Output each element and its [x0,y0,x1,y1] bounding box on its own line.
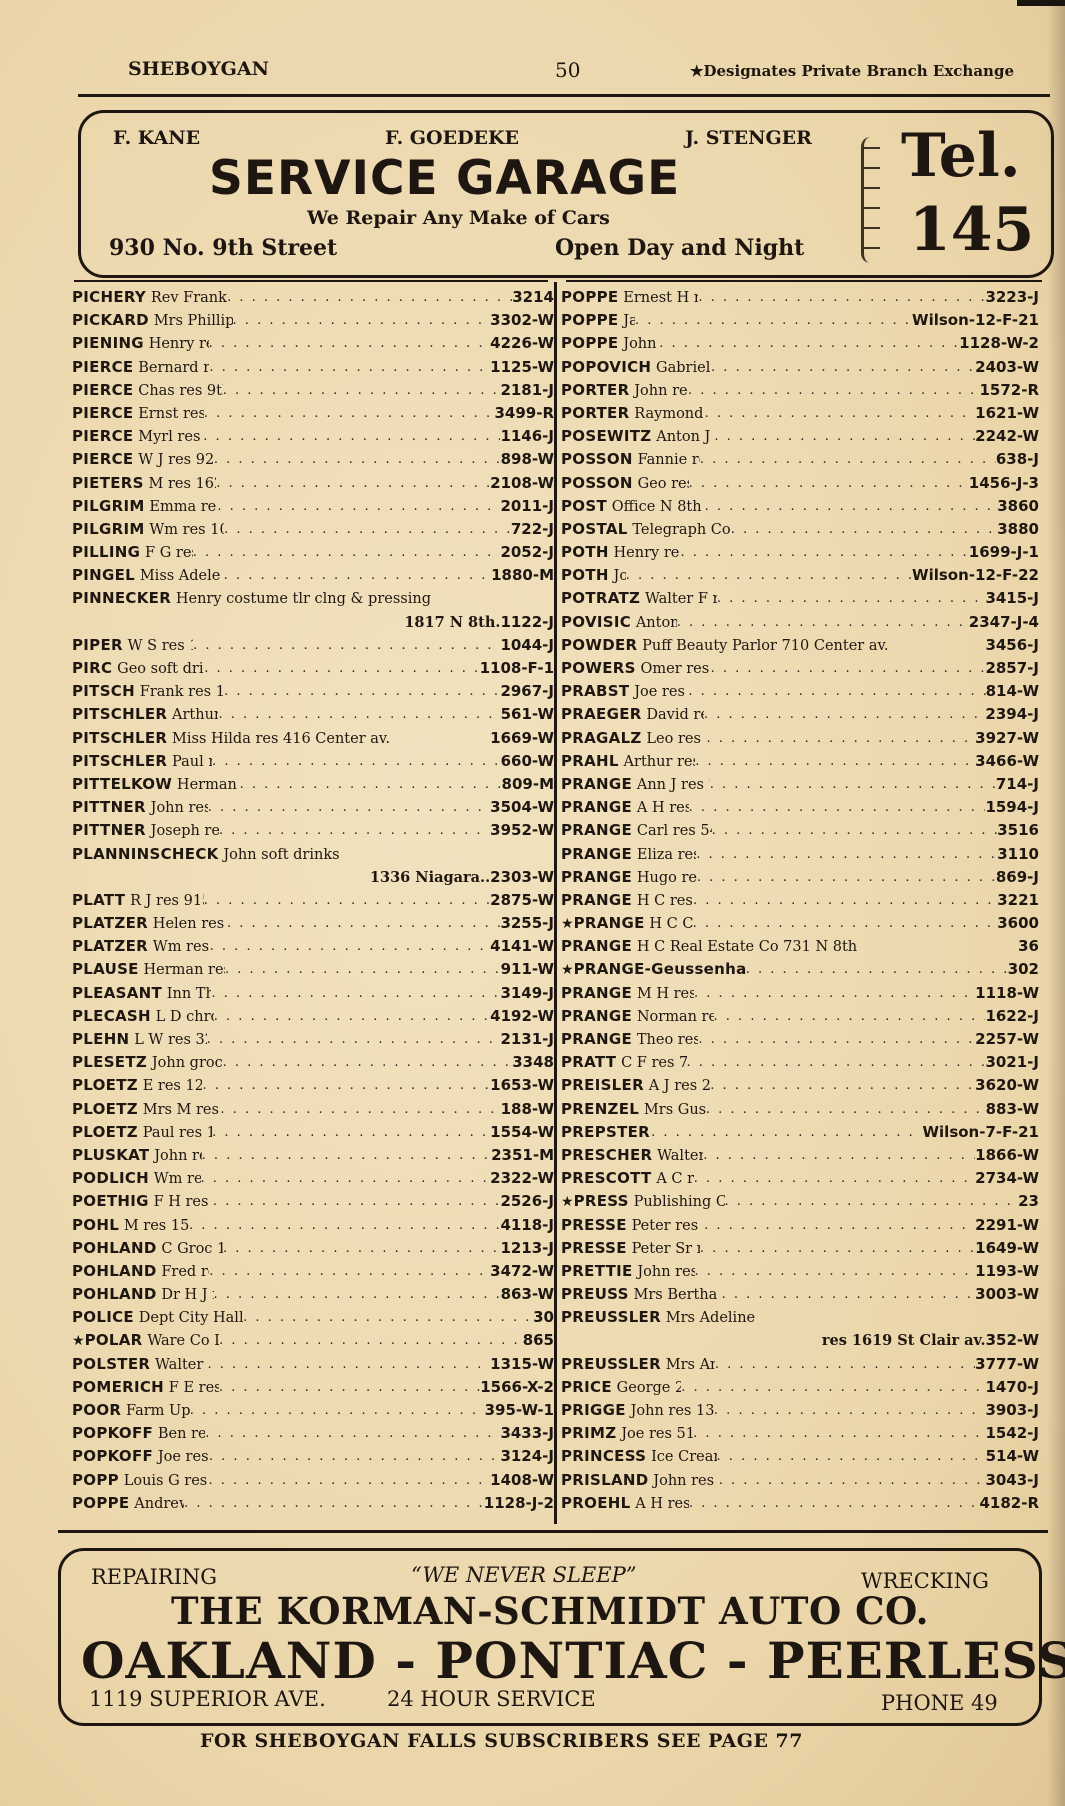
listing-entry: PRANGE H C res 617 Erie av3221 [561,889,1039,912]
entry-surname: PRANGE [561,798,632,816]
leader-dots [216,472,490,495]
entry-text: PRANGE Hugo res 1526 N 7th [561,866,697,889]
entry-surname: PREPSTER [561,1123,650,1141]
leader-dots [224,518,511,541]
entry-surname: PRAGALZ [561,729,642,747]
entry-text: POTH Henry res 2714 S 8th [561,541,680,564]
entry-details: John res 526 Huron av [151,800,208,816]
entry-details: Peter res 1625 Alabama av [632,1218,705,1234]
entry-text: PRETTIE John res 1627 Main av [561,1260,695,1283]
entry-surname: PRANGE [561,1007,632,1025]
leader-dots [223,379,501,402]
listing-entry: PLANNINSCHECK John soft drinks [72,843,554,866]
listing-entry: POSTAL Telegraph Co 810 Pennsylvania av3… [561,518,1039,541]
entry-details: Leo res N 8th & Grand av [646,731,706,747]
listing-entry: PLATT R J res 915 Michigan av2875-W [72,889,554,912]
entry-text: PIPER W S res 1110 N 4th [72,634,193,657]
entry-details: Gabriel res 1529 John's Ct [656,360,711,376]
listing-entry: PLATZER Wm res 819 Lincoln av4141-W [72,935,554,958]
entry-details: Louis G res 1406 Marie Ct [124,1473,209,1489]
entry-details: John res 1304 Los Angeles av [631,1403,714,1419]
listing-entry: POPKOFF Ben res 2314 N 7th3433-J [72,1422,554,1445]
entry-surname: PIPER [72,636,123,654]
entry-details: David res 915½ Erie av [646,707,704,723]
entry-surname: PRENZEL [561,1100,639,1118]
leader-dots [705,495,998,518]
entry-text: PRANGE H C res 617 Erie av [561,889,693,912]
entry-details: Eliza res 605 Erie av [637,847,696,863]
entry-details: W S res 1110 N 4th [128,638,193,654]
listing-entry: PROEHL A H res 1418 S 17th4182-R [561,1492,1039,1515]
entry-text: ★POLAR Ware Co Lake Shore rd [72,1329,219,1352]
listing-entry: PREISLER A J res 2218 Lake Shore dr3620-… [561,1074,1039,1097]
entry-phone: 3903-J [985,1399,1039,1422]
entry-surname: POTH [561,543,609,561]
listing-entry: POPP Louis G res 1406 Marie Ct1408-W [72,1469,554,1492]
pbx-legend: ★Designates Private Branch Exchange [690,62,1014,80]
entry-phone: 1699-J-1 [969,541,1039,564]
leader-dots [193,634,500,657]
entry-surname: POPKOFF [72,1447,153,1465]
leader-dots [207,1353,490,1376]
entry-text: PLUSKAT John res 2211 S 9th [72,1144,202,1167]
listing-entry: PITTNER John res 526 Huron av3504-W [72,796,554,819]
leader-dots [224,680,500,703]
entry-phone: 4118-J [500,1214,554,1237]
listing-entry: PRANGE Carl res 54 No Point drive3516 [561,819,1039,842]
entry-text: PLEASANT Inn The 1307 S 13th [72,982,211,1005]
listing-entry: POPPE Ernest H res 1529 N 9th3223-J [561,286,1039,309]
listing-entry: POMERICH F E res 1136 Michigan av1566-X-… [72,1376,554,1399]
leader-dots [693,889,997,912]
entry-text: POETHIG F H res 820 Lincoln av [72,1190,213,1213]
entry-surname: PLANNINSCHECK [72,845,219,863]
entry-text: PINNECKER Henry costume tlr clng & press… [72,587,431,610]
leader-dots [214,1005,490,1028]
entry-text: PRANGE Eliza res 605 Erie av [561,843,696,866]
listing-entry: PLUSKAT John res 2211 S 9th2351-M [72,1144,554,1167]
entry-phone: 3302-W [490,309,554,332]
entry-phone: 2967-J [500,680,554,703]
entry-details: res 1619 St Clair av. [822,1329,986,1352]
entry-phone: 1542-J [985,1422,1039,1445]
listing-entry: POPPE John res S 9th1128-W-2 [561,332,1039,355]
entry-phone: 3860 [997,495,1039,518]
leader-dots [695,1260,976,1283]
leader-dots [705,402,976,425]
listing-entry: POPPE Andrew res S 9th1128-J-2 [72,1492,554,1515]
entry-phone: 1213-J [500,1237,554,1260]
ad-address: 930 No. 9th Street [109,235,337,261]
entry-text: PRESCHER Walter res 2010 S 13th [561,1144,703,1167]
listing-entry: ★PRESS Publishing Co 702 Center av23 [561,1190,1039,1213]
listing-entry: PRANGE Ann J res 733 National av714-J [561,773,1039,796]
entry-phone: 3003-W [975,1283,1039,1306]
leader-dots [714,1399,986,1422]
entry-details: C Groc 1021 Michigan av [161,1241,223,1257]
listing-entry: PRISLAND John res 1034 Dillingham av3043… [561,1469,1039,1492]
listing-bottom-rule [58,1530,1048,1533]
entry-details: Mrs Gust res 718 S 14th [644,1102,706,1118]
entry-details: L W res 327 Ontario av [134,1032,206,1048]
entry-details: A J res 2218 Lake Shore dr [649,1078,711,1094]
leader-dots [207,1028,501,1051]
partner-name: J. STENGER [685,127,812,149]
entry-text: PODLICH Wm res 1902 N 8th [72,1167,201,1190]
entry-text: POSTAL Telegraph Co 810 Pennsylvania av [561,518,731,541]
city-name: SHEBOYGAN [128,58,269,80]
listing-entry: PRANGE M H res 524 Huron av1118-W [561,982,1039,1005]
listing-entry: PRETTIE John res 1627 Main av1193-W [561,1260,1039,1283]
entry-details: Dr H J res 1515 N 6th [161,1287,213,1303]
leader-dots [218,703,500,726]
entry-details: A H res 1418 S 17th [635,1496,689,1512]
entry-details: Ben res 2314 N 7th [158,1426,205,1442]
entry-surname: PRESCHER [561,1146,652,1164]
entry-surname: PREISLER [561,1076,644,1094]
entry-phone: 2734-W [975,1167,1039,1190]
listing-entry: PITTNER Joseph res 522 Clement av3952-W [72,819,554,842]
entry-phone: 3255-J [500,912,554,935]
page-edge-shadow [1047,0,1065,1806]
entry-surname: PORTER [561,381,629,399]
entry-surname: PIERCE [72,358,133,376]
entry-text: POPPE Andrew res S 9th [72,1492,184,1515]
entry-details: Fannie res 2228 S 8th [638,452,700,468]
entry-phone: 4182-R [979,1492,1039,1515]
entry-details: Miss Adele C res 2110 N 15th [140,568,224,584]
entry-phone: 1315-W [490,1353,554,1376]
listing-entry: POHL M res 1519 N 11th4118-J [72,1214,554,1237]
entry-details: Publishing Co 702 Center av [634,1194,725,1210]
leader-dots [202,1074,490,1097]
entry-surname: PIRC [72,659,112,677]
entry-details: John res 1627 Main av [637,1264,694,1280]
entry-details: Farm Upper Falls rd [126,1403,190,1419]
leader-dots [224,564,491,587]
listing-entry: PRESCHER Walter res 2010 S 13th1866-W [561,1144,1039,1167]
entry-text: PRANGE A H res 1415 N 6th [561,796,689,819]
entry-phone: 660-W [501,750,554,773]
listing-entry: POHLAND Fred res 1711 N 12th3472-W [72,1260,554,1283]
listing-entry: PLAUSE Herman res 1116 Ontario av911-W [72,958,554,981]
entry-text: PITSCHLER Paul res 915 N 10th [72,750,212,773]
entry-surname: POTRATZ [561,589,640,607]
entry-text: POPKOFF Joe res 1229 Bluff av [72,1445,209,1468]
leader-dots [711,356,975,379]
listing-entry: PITSCHLER Paul res 915 N 10th660-W [72,750,554,773]
listing-entry: PILLING F G res 7 N 22nd2052-J [72,541,554,564]
listing-entry: PRANGE A H res 1415 N 6th1594-J [561,796,1039,819]
entry-phone: 1122-J [500,611,554,634]
entry-text: PRANGE Theo res 1528 Sibley Ct [561,1028,698,1051]
leader-dots [706,1098,986,1121]
entry-text: PREUSS Mrs Bertha res 1217 Mallmann ct [561,1283,722,1306]
entry-surname: POVISIC [561,613,631,631]
entry-text: PRIGGE John res 1304 Los Angeles av [561,1399,714,1422]
entry-surname: PLATZER [72,914,148,932]
entry-text: PIERCE Ernst res 1130 N 14th [72,402,204,425]
listing-entry: PRENZEL Mrs Gust res 718 S 14th883-W [561,1098,1039,1121]
ad-tel-label: Tel. [901,121,1021,191]
entry-surname: PIERCE [72,404,133,422]
leader-dots [340,843,554,866]
entry-text: PREUSSLER Mrs Adeline [561,1306,755,1329]
entry-details: M res 1519 N 11th [124,1218,189,1234]
entry-text: PINGEL Miss Adele C res 2110 N 15th [72,564,224,587]
listing-entry: PRESCOTT A C res 103 Lake ct2734-W [561,1167,1039,1190]
entry-text: PLAUSE Herman res 1116 Ontario av [72,958,225,981]
entry-phone: 1653-W [490,1074,554,1097]
entry-text: PITSCHLER Miss Hilda res 416 Center av. [72,727,390,750]
entry-text: PRATT C F res 704 Geele av [561,1051,687,1074]
entry-surname: PIENING [72,334,144,352]
ad-business-name: SERVICE GARAGE [209,151,680,206]
footer-note: FOR SHEBOYGAN FALLS SUBSCRIBERS SEE PAGE… [200,1730,900,1752]
listing-entry: POSSON Geo res Pigeon River1456-J-3 [561,472,1039,495]
entry-phone: 1193-W [975,1260,1039,1283]
entry-text: PICKARD Mrs Phillip res 717 Michigan av [72,309,233,332]
leader-dots [209,356,490,379]
entry-phone: 1456-J-3 [969,472,1039,495]
listing-column-right: POPPE Ernest H res 1529 N 9th3223-JPOPPE… [554,282,1039,1524]
entry-phone: 3472-W [490,1260,554,1283]
entry-details: Walter res 1303 S 7th [155,1357,207,1373]
entry-details: H C res 617 Erie av [637,893,693,909]
entry-text: POWERS Omer res 1118 Oakland av [561,657,711,680]
entry-details: W J res 920 Wisconsin av [138,452,214,468]
listing-entry: PRABST Joe res 1303 S 10th814-W [561,680,1039,703]
leader-dots [184,1492,484,1515]
leader-dots [203,425,500,448]
entry-phone: 1044-J [500,634,554,657]
entry-text: PRAHL Arthur res 1621 Main av [561,750,695,773]
entry-phone: 395-W-1 [485,1399,554,1422]
entry-details: Telegraph Co 810 Pennsylvania av [632,522,730,538]
leader-dots [635,309,912,332]
entry-details: Geo soft drinks Calumet dr [117,661,204,677]
entry-phone: 883-W [986,1098,1039,1121]
partner-name: F. KANE [113,127,200,149]
entry-text: POHL M res 1519 N 11th [72,1214,189,1237]
entry-phone: 3124-J [500,1445,554,1468]
ad-address: 1119 SUPERIOR AVE. [89,1687,326,1711]
leader-dots [219,819,490,842]
entry-text: POPKOFF Ben res 2314 N 7th [72,1422,205,1445]
leader-dots [208,796,490,819]
listing-entry: PRINCESS Ice Cream Parlor 514 N 8th514-W [561,1445,1039,1468]
entry-surname: PITTNER [72,798,146,816]
entry-surname: PRINCESS [561,1447,646,1465]
ad-hours: Open Day and Night [555,235,804,261]
entry-phone: 809-M [502,773,554,796]
entry-surname: PITSCH [72,682,135,700]
leader-dots [697,866,996,889]
entry-text: POPPE John res S 9th [561,332,659,355]
leader-dots [214,1283,501,1306]
ornament-divider-icon [861,137,880,263]
leader-dots [211,982,500,1005]
entry-phone: 2257-W [975,1028,1039,1051]
entry-surname: POPP [72,1471,119,1489]
entry-details: Myrl res 910 Swift av [138,429,203,445]
entry-details: Henry costume tlr clng & pressing [176,591,431,607]
entry-phone: 2131-J [500,1028,554,1051]
entry-text: PREPSTER Henry R 4 [561,1121,651,1144]
leader-dots [201,1167,491,1190]
entry-phone: 3952-W [490,819,554,842]
entry-phone: 3223-J [985,286,1039,309]
entry-details: F E res 1136 Michigan av [169,1380,219,1396]
entry-details: Dept City Hall 9th & Centter av [139,1310,243,1326]
listing-entry: PILGRIM Emma res 1008 Geele av2011-J [72,495,554,518]
leader-dots [695,750,975,773]
leader-dots [689,796,986,819]
entry-surname: POHLAND [72,1239,157,1257]
entry-phone: 2291-W [975,1214,1039,1237]
entry-phone: 1146-J [500,425,554,448]
listing-entry: POTH Henry res 2714 S 8th1699-J-1 [561,541,1039,564]
entry-phone: 2857-J [985,657,1039,680]
entry-phone: 898-W [501,448,554,471]
entry-surname: PROEHL [561,1494,630,1512]
listing-entry: PLESETZ John groc 809 Indiana av3348 [72,1051,554,1074]
leader-dots [711,657,986,680]
korman-schmidt-ad: REPAIRING “WE NEVER SLEEP” WRECKING THE … [58,1548,1042,1726]
entry-phone: 2242-W [975,425,1039,448]
listing-entry: PLOETZ Mrs M res 626 Superior av188-W [72,1098,554,1121]
leader-dots [857,935,1018,958]
leader-dots [715,1353,975,1376]
entry-text: PLOETZ E res 1242 Lincoln av [72,1074,202,1097]
entry-surname: PINGEL [72,566,135,584]
listing-entry: PIETERS M res 1624 Cambridge av2108-W [72,472,554,495]
entry-phone: 3021-J [985,1051,1039,1074]
entry-phone: 3221 [997,889,1039,912]
leader-dots [209,1445,501,1468]
entry-details: Joe res 1303 S 10th [634,684,688,700]
entry-details: Henry res 2714 S 8th [614,545,681,561]
entry-surname: PLAUSE [72,960,139,978]
leader-dots [217,495,500,518]
leader-dots [703,1144,975,1167]
entry-surname: PRATT [561,1053,616,1071]
leader-dots [212,750,501,773]
leader-dots [704,1214,975,1237]
entry-details: Joseph res 522 Clement av [151,823,219,839]
entry-phone: 2052-J [500,541,554,564]
entry-surname: PLOETZ [72,1100,138,1118]
entry-surname: PLECASH [72,1007,151,1025]
entry-surname: PITSCHLER [72,752,167,770]
entry-surname: POPPE [561,334,618,352]
entry-text: PITSCHLER Arthur res 2122 N 6th [72,703,218,726]
listing-entry: PLOETZ Paul res 1705 Seaman av1554-W [72,1121,554,1144]
ad-service: 24 HOUR SERVICE [387,1687,596,1711]
entry-text: POTRATZ Walter F res 1939 Cooper av [561,587,717,610]
entry-surname: PIERCE [72,450,133,468]
entry-details: Ware Co Lake Shore rd [147,1333,219,1349]
entry-details: F H res 820 Lincoln av [154,1194,213,1210]
entry-surname: PLEHN [72,1030,129,1048]
entry-surname: POSSON [561,450,633,468]
entry-details: Puff Beauty Parlor 710 Center av. [642,638,888,654]
entry-details: Wm res 1902 N 8th [154,1171,201,1187]
leader-dots [243,1306,533,1329]
entry-details: Mrs Anna res 1401 N 15th [666,1357,715,1373]
entry-surname: PRIGGE [561,1401,626,1419]
entry-details: Theo res 1528 Sibley Ct [637,1032,699,1048]
leader-dots [208,1469,490,1492]
entry-text: POWDER Puff Beauty Parlor 710 Center av. [561,634,889,657]
listing-entry: POSEWITZ Anton J res 719 Alabama av2242-… [561,425,1039,448]
listing-entry: PODLICH Wm res 1902 N 8th2322-W [72,1167,554,1190]
leader-dots [696,843,997,866]
entry-text: PIERCE Myrl res 910 Swift av [72,425,203,448]
entry-phone: 1118-W [975,982,1039,1005]
entry-details: Frank res 1139 Broadway av [140,684,224,700]
entry-surname: PLATZER [72,937,148,955]
entry-surname: PLOETZ [72,1076,138,1094]
entry-details: Emma res 1008 Geele av [149,499,217,515]
entry-phone: 1572-R [979,379,1039,402]
entry-phone: Wilson-12-F-21 [912,309,1039,332]
entry-surname: POLICE [72,1308,134,1326]
entry-phone: 3415-J [985,587,1039,610]
leader-dots [698,286,985,309]
listing-entry: PLATZER Helen res 1329 Michigan av3255-J [72,912,554,935]
listing-entry: PORTER John res 2129 N 8th1572-R [561,379,1039,402]
entry-text: POHLAND Dr H J res 1515 N 6th [72,1283,214,1306]
star-icon: ★ [561,916,574,932]
entry-surname: PRAHL [561,752,619,770]
entry-details: Ernest H res 1529 N 9th [623,290,698,306]
entry-details: Mrs Bertha res 1217 Mallmann ct [634,1287,722,1303]
listing-entry: PRIMZ Joe res 516 N Water av1542-J [561,1422,1039,1445]
listing-entry: ★PRANGE H C Co 731 N 8th3600 [561,912,1039,935]
entry-details: E res 1242 Lincoln av [143,1078,203,1094]
entry-text: PROEHL A H res 1418 S 17th [561,1492,689,1515]
leader-dots [213,1190,501,1213]
entry-text: PILGRIM Emma res 1008 Geele av [72,495,217,518]
entry-text: PITTELKOW Herman res 1315 Jefferson av [72,773,240,796]
entry-text: POMERICH F E res 1136 Michigan av [72,1376,219,1399]
entry-phone: 3466-W [975,750,1039,773]
entry-surname: PRANGE [561,868,632,886]
listing-entry: POPOVICH Gabriel res 1529 John's Ct2403-… [561,356,1039,379]
entry-text: PREUSSLER Mrs Anna res 1401 N 15th [561,1353,715,1376]
entry-details: Herman res 1116 Ontario av [144,962,225,978]
listing-entry: POPKOFF Joe res 1229 Bluff av3124-J [72,1445,554,1468]
entry-details: 1336 Niagara.. [370,866,490,889]
listing-entry: PIERCE Myrl res 910 Swift av1146-J [72,425,554,448]
entry-text: POOR Farm Upper Falls rd [72,1399,190,1422]
listing-entry: PIENING Henry res 1519 N 12th4226-W [72,332,554,355]
leader-dots [204,889,490,912]
leader-dots [209,332,491,355]
entry-surname: PREUSSLER [561,1308,661,1326]
entry-details: Mrs Phillip res 717 Michigan av [154,313,233,329]
entry-surname: PLESETZ [72,1053,147,1071]
leader-dots [223,1051,513,1074]
service-garage-ad: F. KANE F. GOEDEKE J. STENGER SERVICE GA… [78,110,1054,278]
entry-surname: PILGRIM [72,497,145,515]
entry-details: Walter res 2010 S 13th [657,1148,703,1164]
entry-surname: PRESSE [561,1216,627,1234]
entry-phone: 3504-W [490,796,554,819]
entry-surname: POHL [72,1216,119,1234]
listing-entry: PICHERY Rev Frank res 1436 S 11th3214 [72,286,554,309]
